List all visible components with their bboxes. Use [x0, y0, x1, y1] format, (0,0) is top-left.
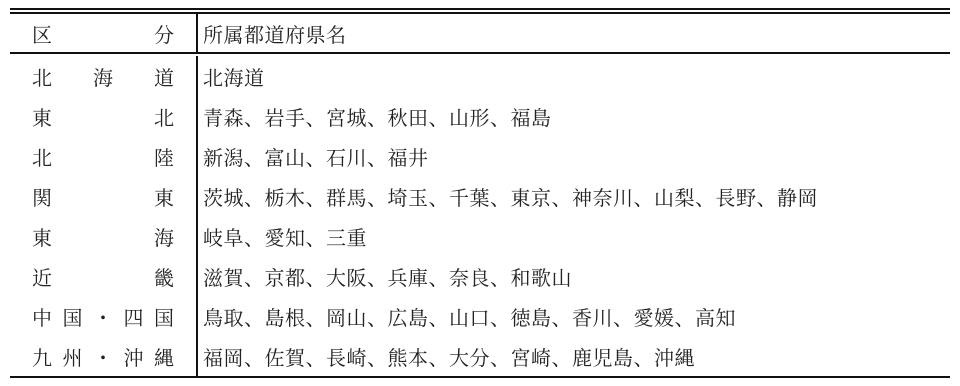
region-cell: 関 東: [10, 176, 198, 216]
header-category-char: 分: [154, 19, 174, 48]
region-cell: 東 海: [10, 216, 198, 256]
region-char: 東: [154, 182, 174, 211]
table-row: 関 東 茨城、栃木、群馬、埼玉、千葉、東京、神奈川、山梨、長野、静岡: [10, 176, 950, 216]
region-char: 四: [124, 302, 144, 331]
prefectures-cell: 青森、岩手、宮城、秋田、山形、福島: [198, 102, 552, 131]
region-cell: 北 海 道: [10, 56, 198, 96]
region-char: 州: [63, 342, 83, 371]
region-char: 国: [154, 302, 174, 331]
table-row: 北 陸 新潟、富山、石川、福井: [10, 136, 950, 176]
table-row: 九 州 ・ 沖 縄 福岡、佐賀、長崎、熊本、大分、宮崎、鹿児島、沖縄: [10, 336, 950, 376]
region-char: ・: [93, 302, 113, 331]
region-cell: 中 国 ・ 四 国: [10, 296, 198, 336]
prefectures-cell: 新潟、富山、石川、福井: [198, 142, 429, 171]
region-char: 近: [32, 262, 52, 291]
region-char: 海: [154, 222, 174, 251]
region-cell: 東 北: [10, 96, 198, 136]
table-row: 北 海 道 北海道: [10, 56, 950, 96]
region-char: 畿: [154, 262, 174, 291]
region-char: 沖: [124, 342, 144, 371]
region-char: 海: [93, 62, 113, 91]
header-prefectures-cell: 所属都道府県名: [198, 19, 347, 48]
region-cell: 北 陸: [10, 136, 198, 176]
region-char: 縄: [154, 342, 174, 371]
region-char: 北: [154, 102, 174, 131]
prefectures-cell: 茨城、栃木、群馬、埼玉、千葉、東京、神奈川、山梨、長野、静岡: [198, 182, 818, 211]
table-row: 東 北 青森、岩手、宮城、秋田、山形、福島: [10, 96, 950, 136]
table-body: 北 海 道 北海道 東 北 青森、岩手、宮城、秋田、山形、福島 北 陸 新潟、富…: [10, 54, 950, 376]
table-header-row: 区 分 所属都道府県名: [10, 14, 950, 54]
prefectures-cell: 鳥取、島根、岡山、広島、山口、徳島、香川、愛媛、高知: [198, 302, 736, 331]
prefectures-cell: 北海道: [198, 62, 265, 91]
region-cell: 九 州 ・ 沖 縄: [10, 336, 198, 376]
header-category-cell: 区 分: [10, 14, 198, 52]
prefectures-cell: 岐阜、愛知、三重: [198, 222, 367, 251]
prefectures-cell: 滋賀、京都、大阪、兵庫、奈良、和歌山: [198, 262, 572, 291]
region-char: 中: [32, 302, 52, 331]
region-char: 東: [32, 102, 52, 131]
region-prefecture-table: 区 分 所属都道府県名 北 海 道 北海道 東 北 青森、岩手、宮城、秋田、山形…: [10, 8, 950, 378]
region-char: 関: [32, 182, 52, 211]
region-cell: 近 畿: [10, 256, 198, 296]
region-char: 北: [32, 142, 52, 171]
region-char: 道: [154, 62, 174, 91]
prefectures-cell: 福岡、佐賀、長崎、熊本、大分、宮崎、鹿児島、沖縄: [198, 342, 695, 371]
bottom-rule: [10, 376, 950, 378]
table-row: 中 国 ・ 四 国 鳥取、島根、岡山、広島、山口、徳島、香川、愛媛、高知: [10, 296, 950, 336]
header-category-char: 区: [32, 19, 52, 48]
top-double-rule: [10, 8, 950, 10]
region-char: 九: [32, 342, 52, 371]
region-char: 東: [32, 222, 52, 251]
region-char: 陸: [154, 142, 174, 171]
region-char: 北: [32, 62, 52, 91]
region-char: ・: [93, 342, 113, 371]
region-char: 国: [63, 302, 83, 331]
table-row: 東 海 岐阜、愛知、三重: [10, 216, 950, 256]
table-row: 近 畿 滋賀、京都、大阪、兵庫、奈良、和歌山: [10, 256, 950, 296]
